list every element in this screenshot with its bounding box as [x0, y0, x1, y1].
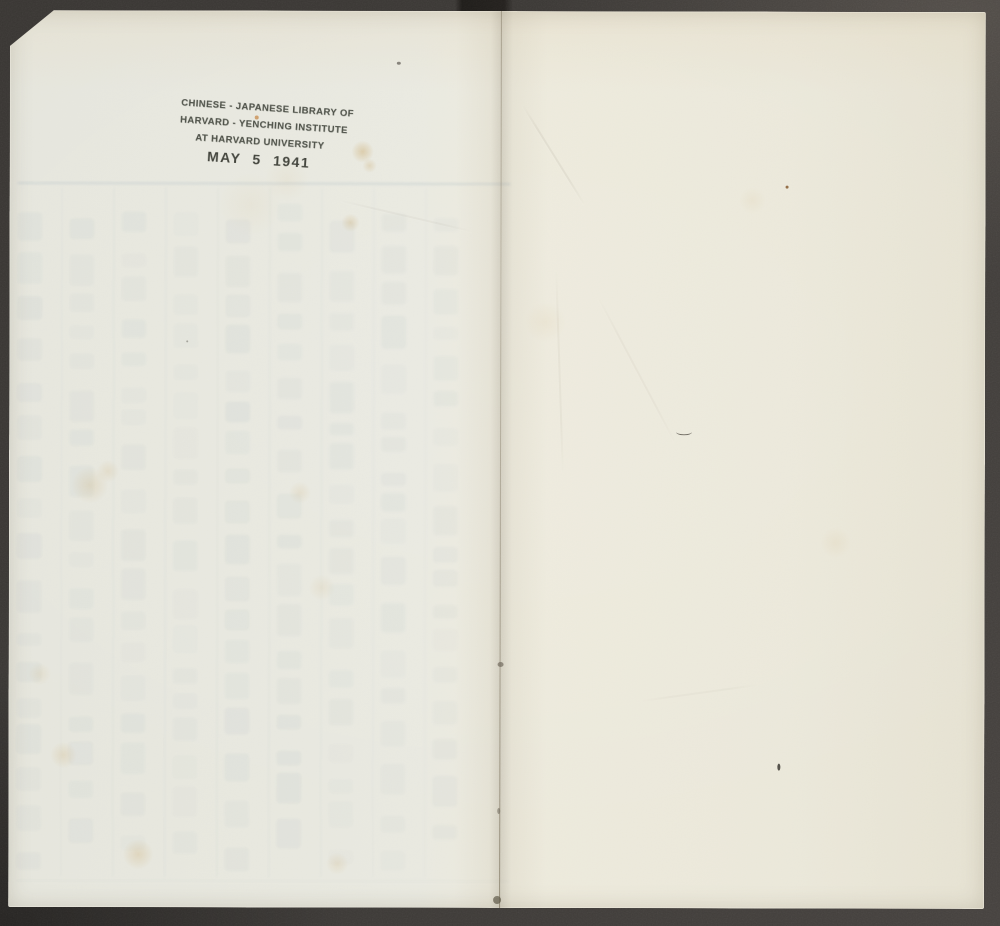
scanned-page-spread: CHINESE - JAPANESE LIBRARY OF HARVARD - …: [0, 0, 1000, 926]
library-stamp: CHINESE - JAPANESE LIBRARY OF HARVARD - …: [177, 94, 343, 172]
paper-sheet: CHINESE - JAPANESE LIBRARY OF HARVARD - …: [8, 10, 986, 909]
